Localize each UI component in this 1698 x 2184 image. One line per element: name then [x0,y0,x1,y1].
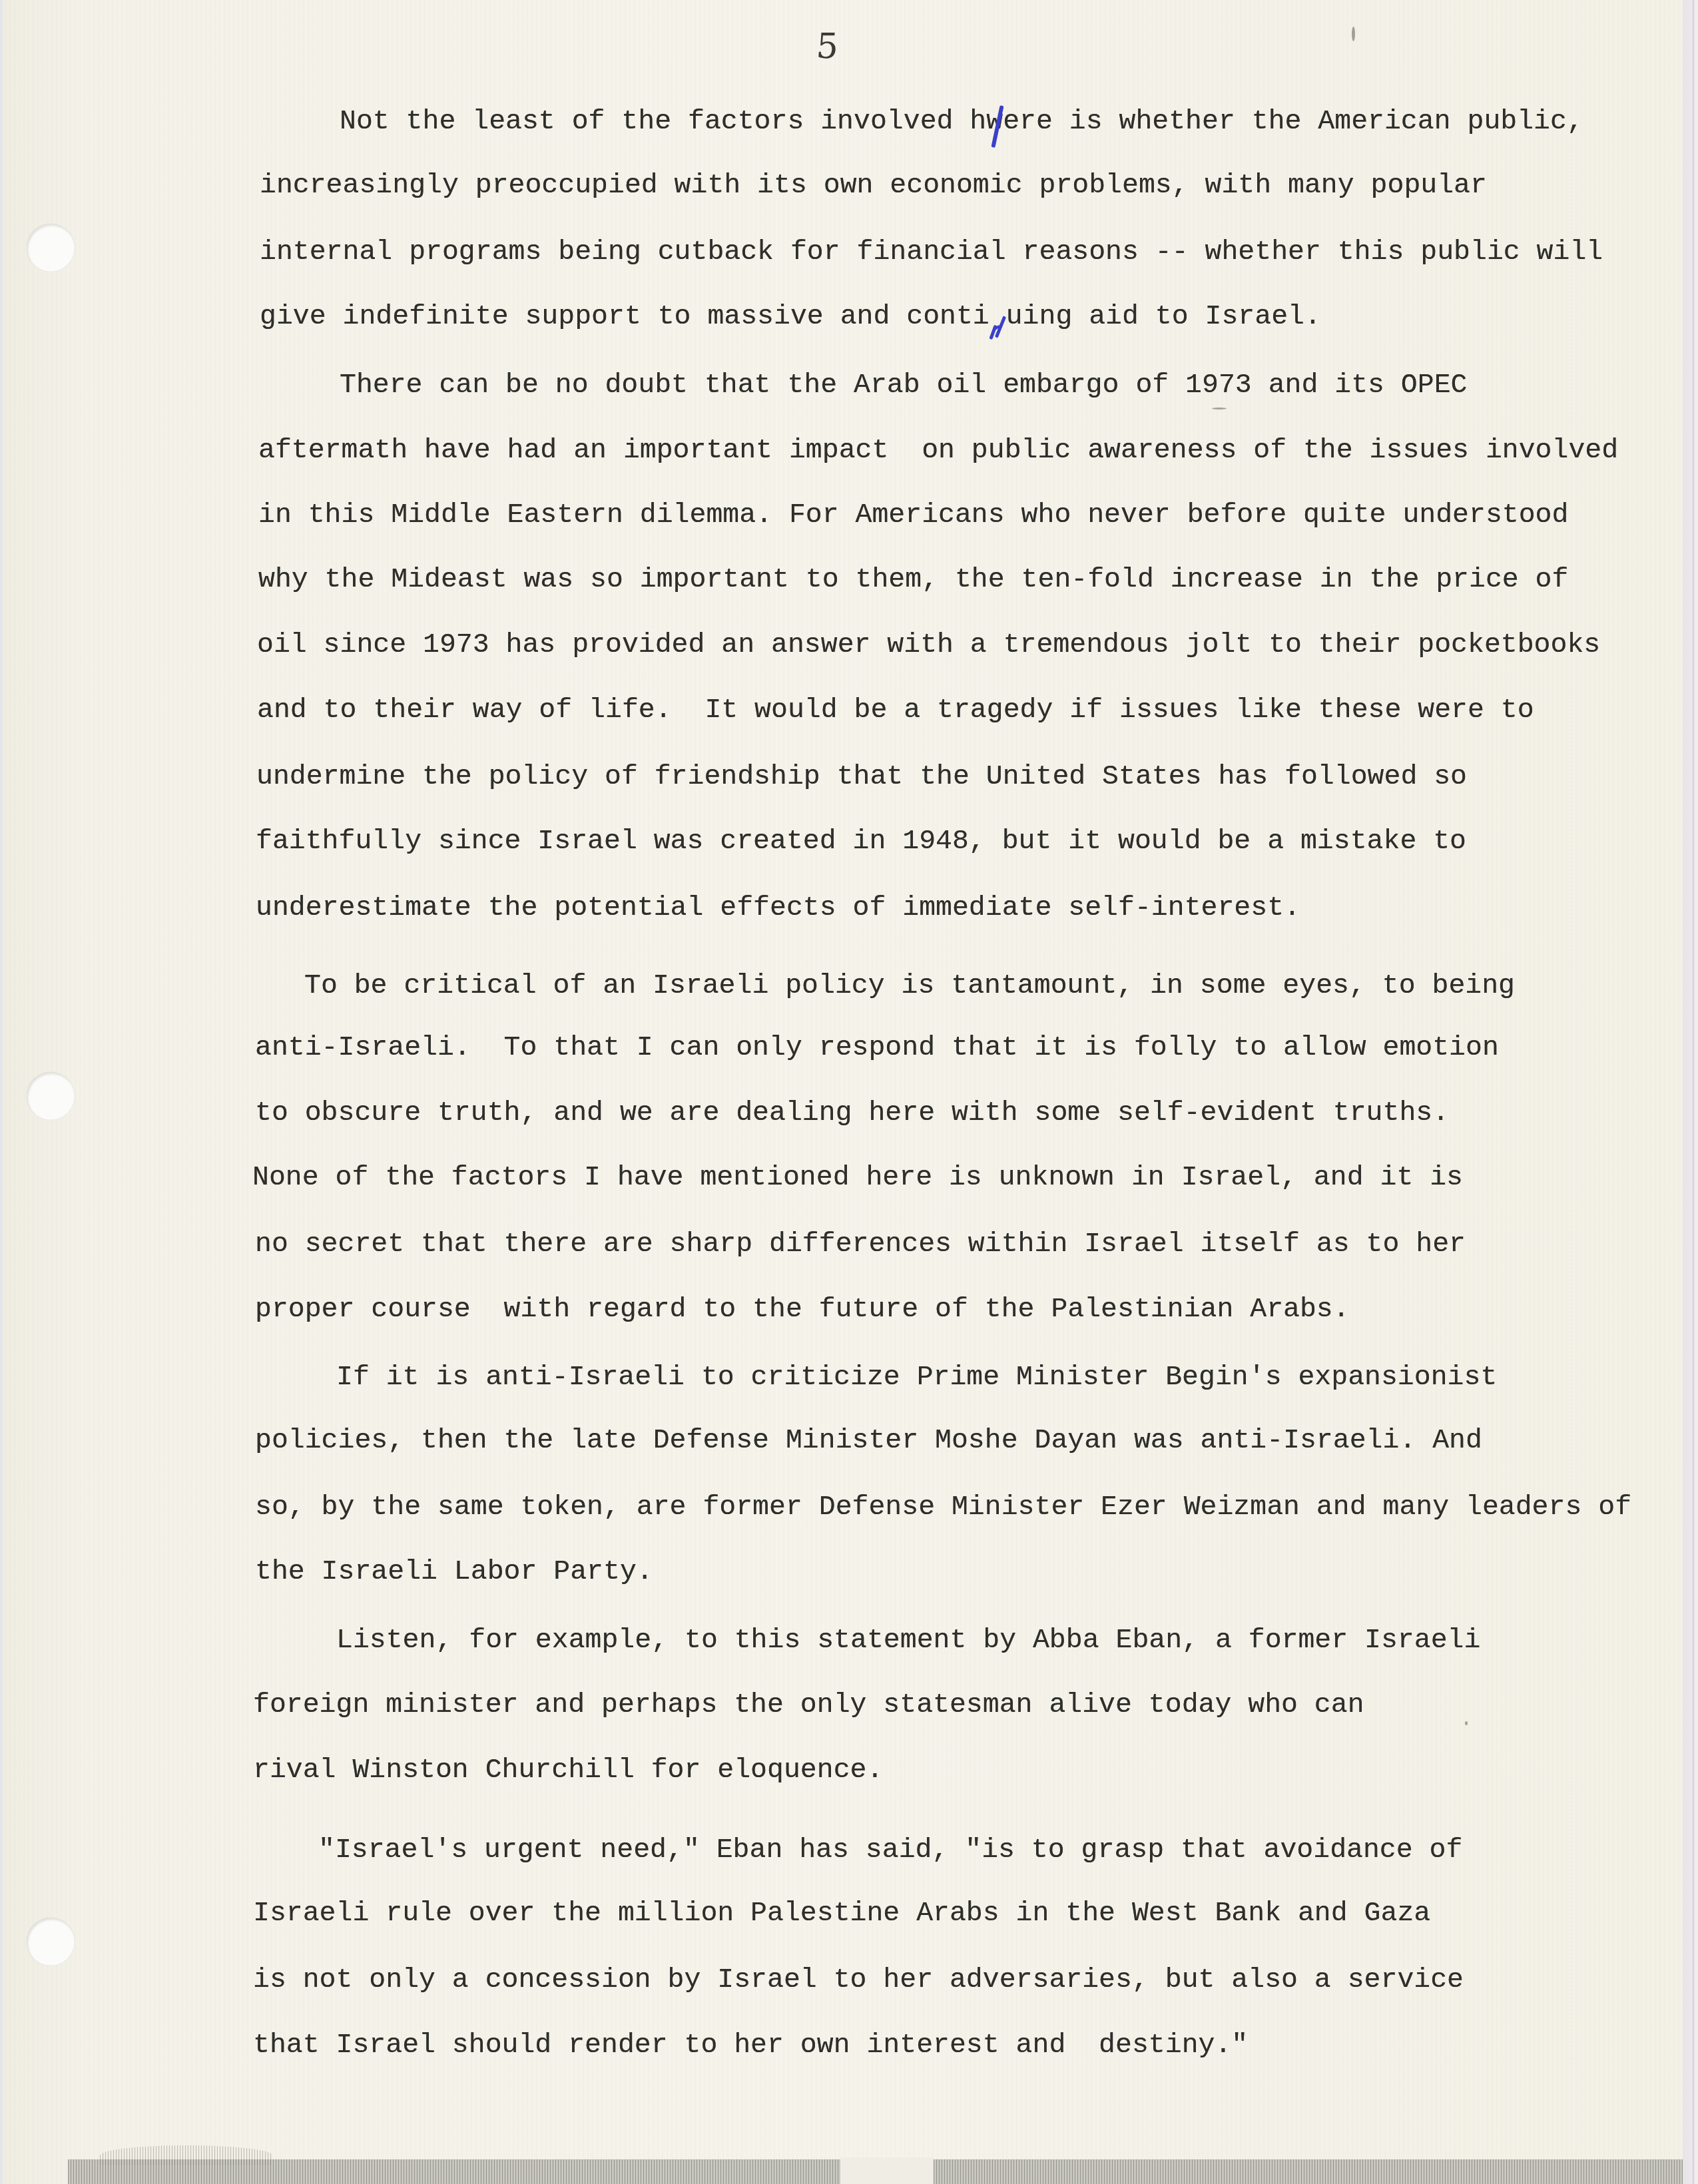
binder-hole-middle [27,1072,75,1120]
text-line: increasingly preoccupied with its own ec… [260,172,1487,200]
text-line: Listen, for example, to this statement b… [336,1627,1480,1655]
text-line: rival Winston Churchill for eloquence. [253,1757,883,1784]
paper-speck [1352,27,1355,41]
text-line: Not the least of the factors involved hw… [340,108,1583,136]
paper-speck [1465,1721,1468,1725]
text-line: is not only a concession by Israel to he… [253,1966,1464,1994]
text-line: foreign minister and perhaps the only st… [253,1691,1364,1719]
text-line: Israeli rule over the million Palestine … [253,1900,1430,1928]
page-number: 5 [815,27,840,67]
text-line: give indefinite support to massive and c… [260,303,1321,331]
text-line: undermine the policy of friendship that … [256,763,1467,791]
text-line: anti-Israeli. To that I can only respond… [255,1034,1499,1062]
paper-speck [1212,408,1227,409]
text-line: to obscure truth, and we are dealing her… [255,1099,1449,1127]
text-line: the Israeli Labor Party. [255,1558,653,1586]
text-line: proper course with regard to the future … [255,1296,1350,1324]
text-line: faithfully since Israel was created in 1… [256,828,1466,856]
binder-hole-bottom [27,1918,75,1966]
text-line: aftermath have had an important impact o… [258,437,1618,465]
text-line: "Israel's urgent need," Eban has said, "… [318,1836,1462,1864]
text-line: in this Middle Eastern dilemma. For Amer… [258,501,1568,529]
text-line: policies, then the late Defense Minister… [255,1427,1482,1455]
text-line: so, by the same token, are former Defens… [255,1494,1631,1521]
text-line: underestimate the potential effects of i… [256,894,1300,922]
text-line: internal programs being cutback for fina… [260,238,1603,266]
text-line: that Israel should render to her own int… [253,2032,1248,2059]
scan-artifact-gap [840,2157,934,2184]
binder-hole-top [27,224,75,272]
text-line: None of the factors I have mentioned her… [252,1164,1463,1192]
page-left-edge [0,0,3,2184]
text-line: To be critical of an Israeli policy is t… [304,972,1515,1000]
text-line: There can be no doubt that the Arab oil … [340,372,1467,400]
text-line: oil since 1973 has provided an answer wi… [257,631,1600,659]
text-line: If it is anti-Israeli to criticize Prime… [336,1364,1497,1392]
scanner-edge-strip [1683,0,1698,2184]
text-line: why the Mideast was so important to them… [258,566,1568,594]
text-line: and to their way of life. It would be a … [257,696,1534,724]
text-line: no secret that there are sharp differenc… [255,1230,1466,1258]
